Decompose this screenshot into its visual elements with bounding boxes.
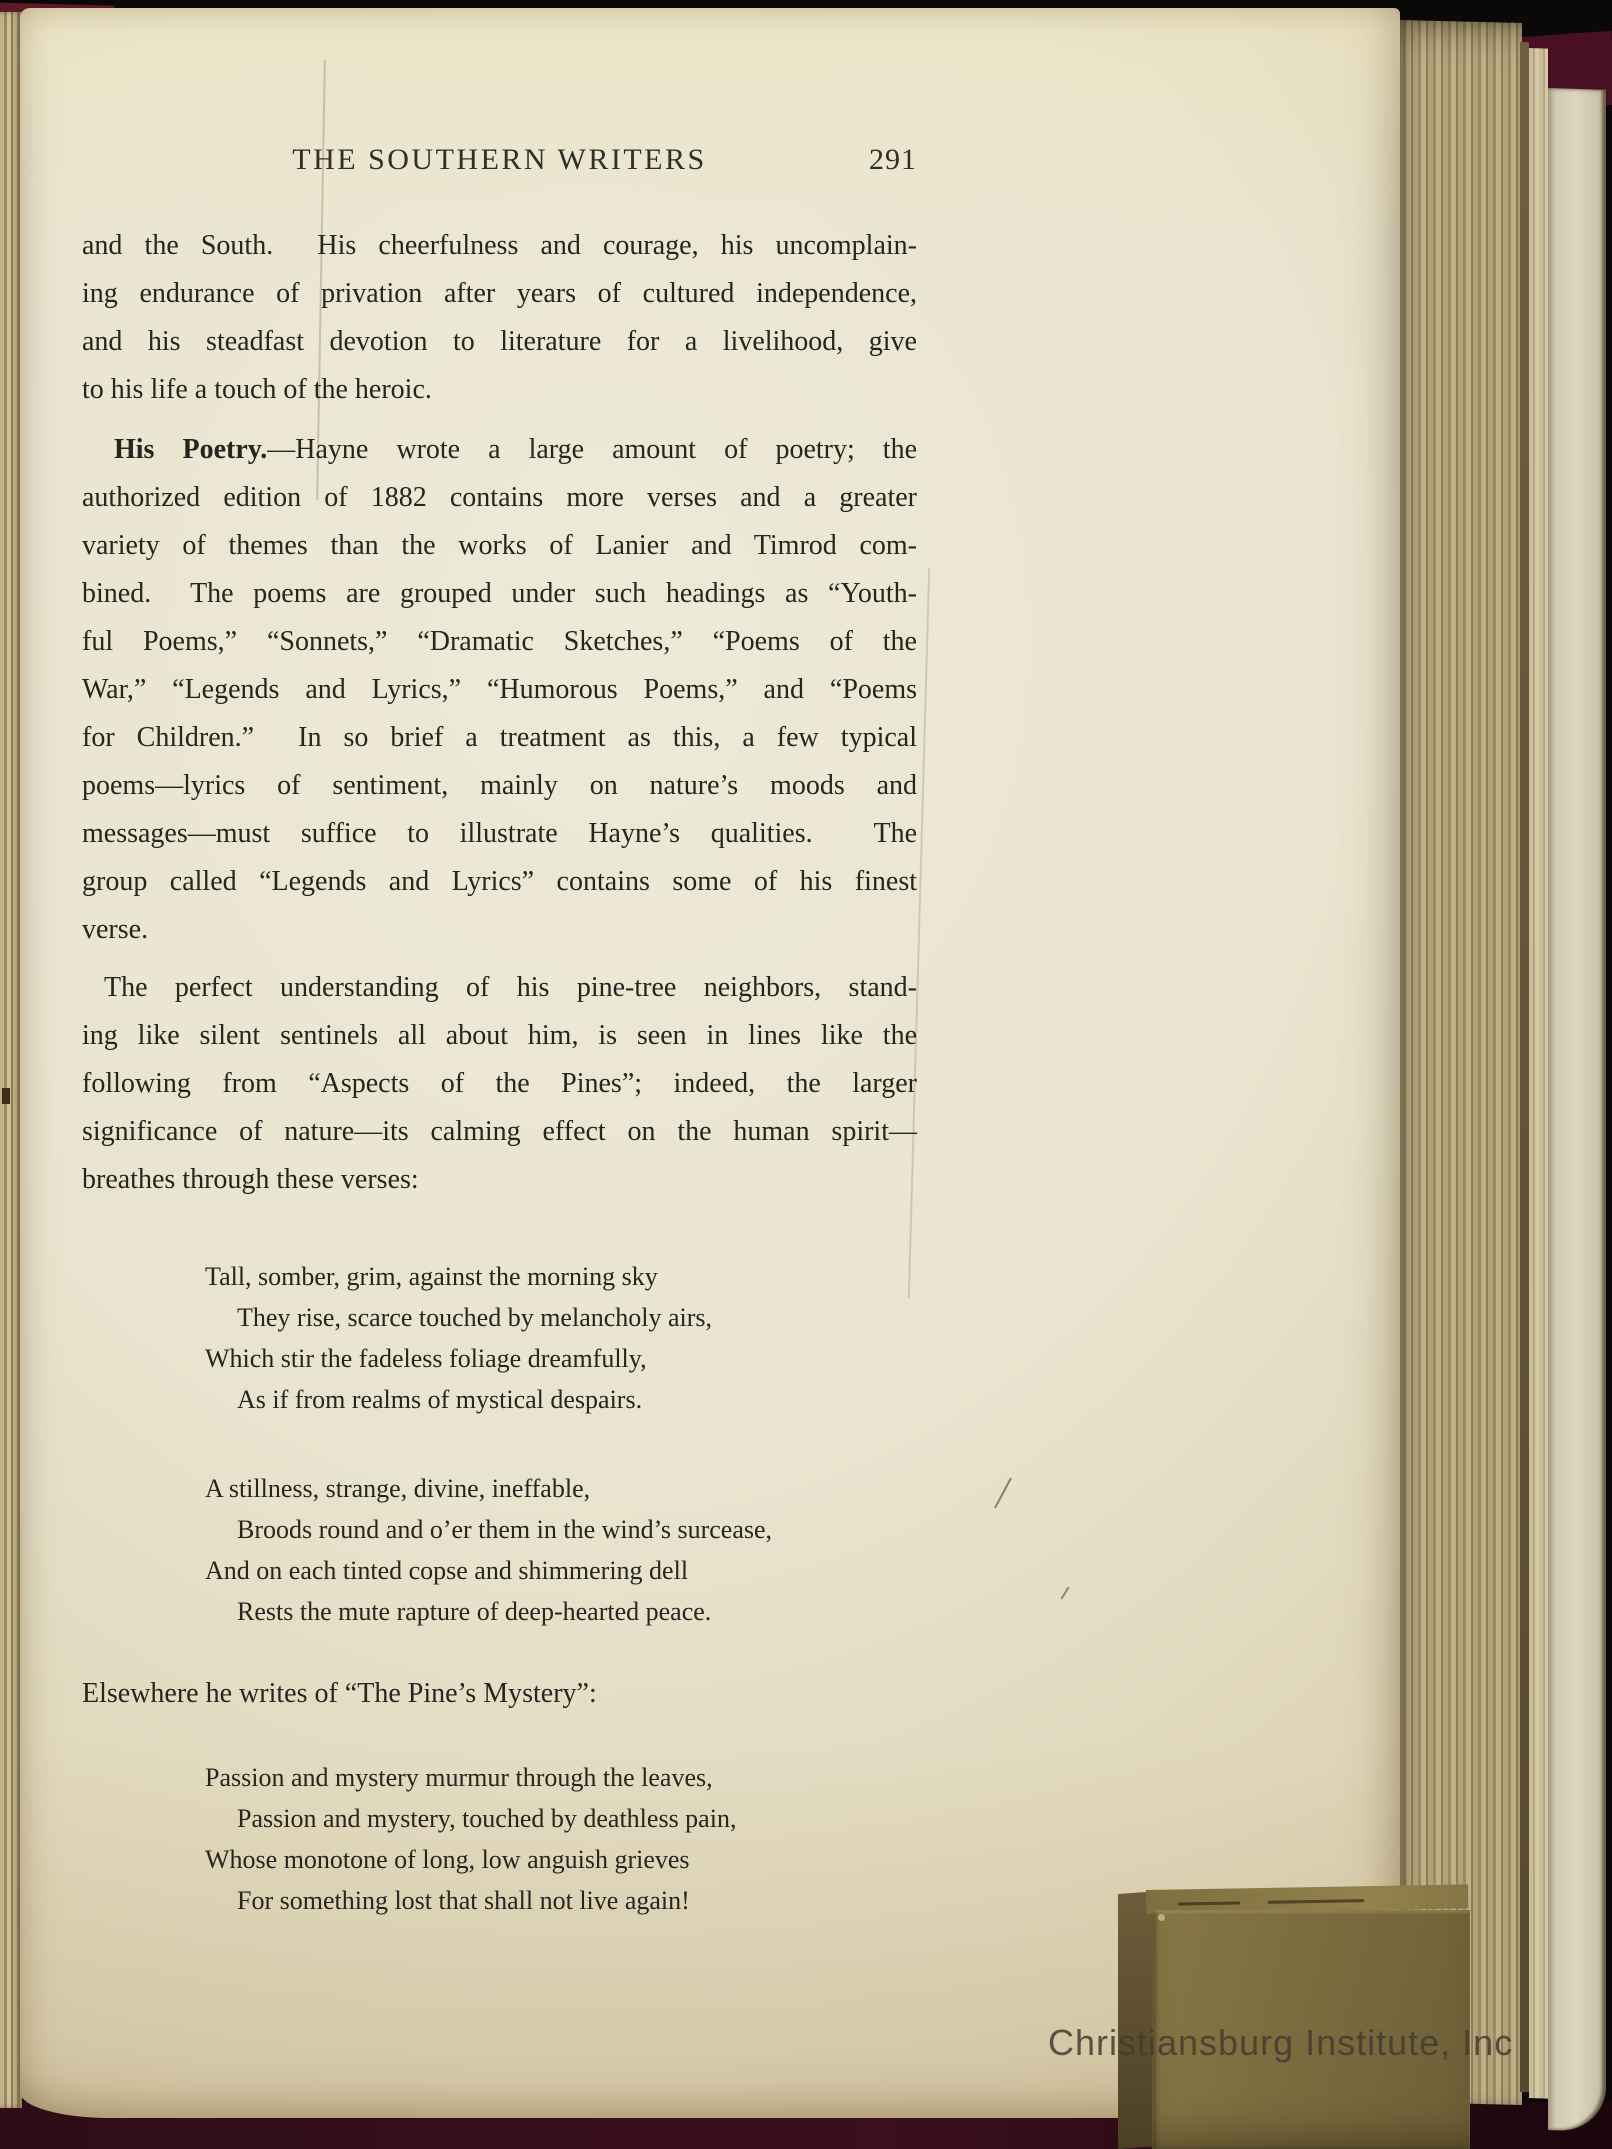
poem-line: For something lost that shall not live a… [237, 1880, 917, 1921]
text-line: authorized edition of 1882 contains more… [82, 474, 917, 522]
poem-line: Tall, somber, grim, against the morning … [205, 1256, 917, 1297]
text-line: significance of nature—its calming effec… [82, 1108, 917, 1156]
gold-block [1118, 1888, 1470, 2149]
poem-line: And on each tinted copse and shimmering … [205, 1550, 917, 1591]
poem-line: Rests the mute rapture of deep-hearted p… [237, 1591, 917, 1632]
text-line: and the South. His cheerfulness and cour… [82, 222, 917, 270]
text-line: ful Poems,” “Sonnets,” “Dramatic Sketche… [82, 618, 917, 666]
text-line: ing endurance of privation after years o… [82, 270, 917, 318]
poem-stanza: Passion and mystery murmur through the l… [82, 1757, 917, 1921]
text-line: War,” “Legends and Lyrics,” “Humorous Po… [82, 666, 917, 714]
right-fore-edge-stack [1398, 20, 1522, 2105]
book-page: THE SOUTHERN WRITERS 291 and the South. … [20, 8, 1400, 2118]
poem-line: Which stir the fadeless foliage dreamful… [205, 1338, 917, 1379]
poem-line: As if from realms of mystical despairs. [237, 1379, 917, 1420]
lead-rest: —Hayne wrote a large amount of poetry; t… [267, 434, 917, 465]
text-line: ing like silent sentinels all about him,… [82, 1012, 917, 1060]
bold-lead: His Poetry. [114, 434, 267, 465]
paragraph: His Poetry.—Hayne wrote a large amount o… [82, 426, 917, 954]
text-line: verse. [82, 906, 917, 954]
text-line: His Poetry.—Hayne wrote a large amount o… [82, 426, 917, 474]
text-line: variety of themes than the works of Lani… [82, 522, 917, 570]
gold-block-glint [1158, 1914, 1165, 1921]
paragraph: and the South. His cheerfulness and cour… [82, 222, 917, 414]
poem-stanza: Tall, somber, grim, against the morning … [82, 1256, 917, 1420]
poem-line: Passion and mystery murmur through the l… [205, 1757, 917, 1798]
poem-line: Broods round and o’er them in the wind’s… [237, 1509, 917, 1550]
left-fore-edge [0, 12, 22, 2108]
text-line: and his steadfast devotion to literature… [82, 318, 917, 366]
poem-line: Passion and mystery, touched by deathles… [237, 1798, 917, 1839]
poem-line: A stillness, strange, divine, ineffable, [205, 1468, 917, 1509]
page-number: 291 [869, 138, 917, 182]
right-outer-page-edge [1548, 88, 1606, 2132]
text-line: The perfect understanding of his pine-tr… [82, 964, 917, 1012]
poem-stanza: A stillness, strange, divine, ineffable,… [82, 1468, 917, 1632]
text-line: messages—must suffice to illustrate Hayn… [82, 810, 917, 858]
text-line: for Children.” In so brief a treatment a… [82, 714, 917, 762]
right-fore-edge-gutter [1520, 42, 1529, 2092]
poem-line: Whose monotone of long, low anguish grie… [205, 1839, 917, 1880]
paragraph: Elsewhere he writes of “The Pine’s Myste… [82, 1670, 917, 1718]
right-fore-edge-inner-band [1529, 48, 1548, 2099]
page-header-title: THE SOUTHERN WRITERS [82, 138, 917, 182]
text-line: poems—lyrics of sentiment, mainly on nat… [82, 762, 917, 810]
book-photo: THE SOUTHERN WRITERS 291 and the South. … [0, 0, 1612, 2149]
watermark-text: Christiansburg Institute, Inc [1048, 2022, 1513, 2064]
text-line: bined. The poems are grouped under such … [82, 570, 917, 618]
text-line: group called “Legends and Lyrics” contai… [82, 858, 917, 906]
paragraph: The perfect understanding of his pine-tr… [82, 964, 917, 1204]
text-line: to his life a touch of the heroic. [82, 366, 917, 414]
text-line: following from “Aspects of the Pines”; i… [82, 1060, 917, 1108]
text-line: breathes through these verses: [82, 1156, 917, 1204]
left-fore-edge-notch [2, 1088, 10, 1104]
running-head: THE SOUTHERN WRITERS 291 [82, 138, 917, 182]
gold-block-left-face [1118, 1891, 1156, 2149]
text-line: Elsewhere he writes of “The Pine’s Myste… [82, 1670, 917, 1718]
poem-line: They rise, scarce touched by melancholy … [237, 1297, 917, 1338]
